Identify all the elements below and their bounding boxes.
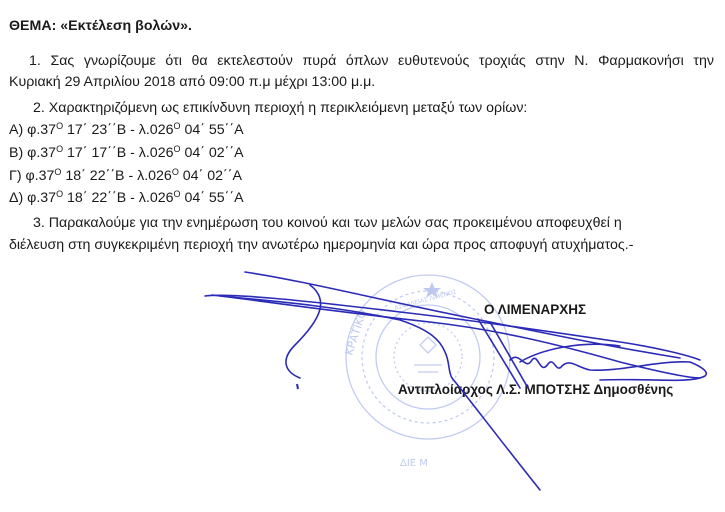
handwritten-signature [0, 0, 725, 512]
